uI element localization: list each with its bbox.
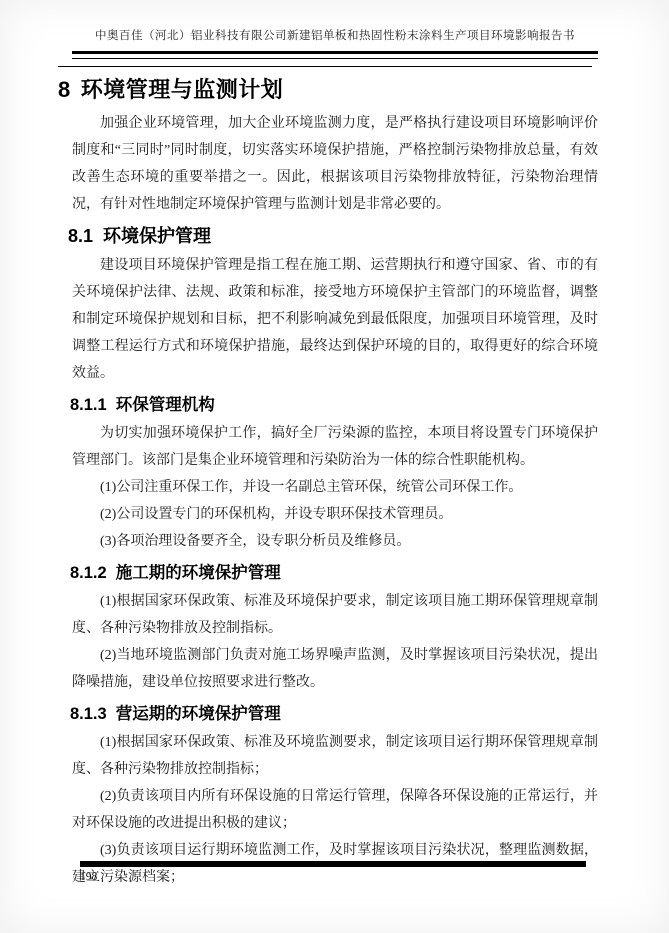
section-number: 8.1	[68, 226, 93, 246]
list-item-paragraph: (1)根据国家环保政策、标准及环境保护要求，制定该项目施工期环保管理规章制度、各…	[72, 588, 598, 642]
section-heading-8-1-1: 8.1.1环保管理机构	[70, 394, 598, 416]
list-item-paragraph: (2)公司设置专门的环保机构，并设专职环保技术管理员。	[72, 501, 598, 528]
chapter-number: 8	[58, 77, 71, 102]
section-title-text: 营运期的环境保护管理	[116, 705, 281, 723]
section-heading-8-1-2: 8.1.2施工期的环境保护管理	[70, 562, 598, 584]
section-number: 8.1.1	[70, 396, 107, 414]
chapter-title: 8环境管理与监测计划	[58, 75, 598, 105]
list-item-paragraph: (2)负责该项目内所有环保设施的日常运行管理，保障各环保设施的正常运行，并对环保…	[72, 783, 598, 837]
header-rule-divider	[72, 51, 598, 59]
section-heading-8-1-3: 8.1.3营运期的环境保护管理	[70, 703, 598, 725]
paragraph: 建设项目环境保护管理是指工程在施工期、运营期执行和遵守国家、省、市的有关环境保护…	[72, 252, 598, 387]
chapter-intro-paragraph: 加强企业环境管理，加大企业环境监测力度，是严格执行建设项目环境影响评价制度和“三…	[72, 110, 598, 218]
list-item-paragraph: (3)各项治理设备要齐全，设专职分析员及维修员。	[72, 528, 598, 555]
section-number: 8.1.2	[70, 564, 107, 582]
list-item-paragraph: (2)当地环境监测部门负责对施工场界噪声监测，及时掌握该项目污染状况，提出降噪措…	[72, 642, 598, 696]
list-item-paragraph: (1)公司注重环保工作，并设一名副总主管环保，统管公司环保工作。	[72, 474, 598, 501]
page-content: 中奥百佳（河北）铝业科技有限公司新建铝单板和热固性粉末涂料生产项目环境影响报告书…	[72, 0, 598, 891]
page-number: 198	[80, 871, 97, 883]
chapter-title-text: 环境管理与监测计划	[81, 77, 284, 102]
section-heading-8-1: 8.1环境保护管理	[68, 225, 598, 248]
section-title-text: 施工期的环境保护管理	[116, 564, 281, 582]
section-title-text: 环境保护管理	[103, 226, 211, 246]
running-header: 中奥百佳（河北）铝业科技有限公司新建铝单板和热固性粉末涂料生产项目环境影响报告书	[72, 0, 598, 43]
section-number: 8.1.3	[70, 705, 107, 723]
list-item-paragraph: (1)根据国家环保政策、标准及环境监测要求，制定该项目运行期环保管理规章制度、各…	[72, 729, 598, 783]
title-top-divider	[58, 66, 592, 67]
document-page: { "colors": { "text": "#141414", "backgr…	[0, 0, 669, 933]
footer-rule-divider	[80, 861, 586, 867]
paragraph: 为切实加强环境保护工作，搞好全厂污染源的监控，本项目将设置专门环境保护管理部门。…	[72, 420, 598, 474]
section-title-text: 环保管理机构	[116, 396, 215, 414]
